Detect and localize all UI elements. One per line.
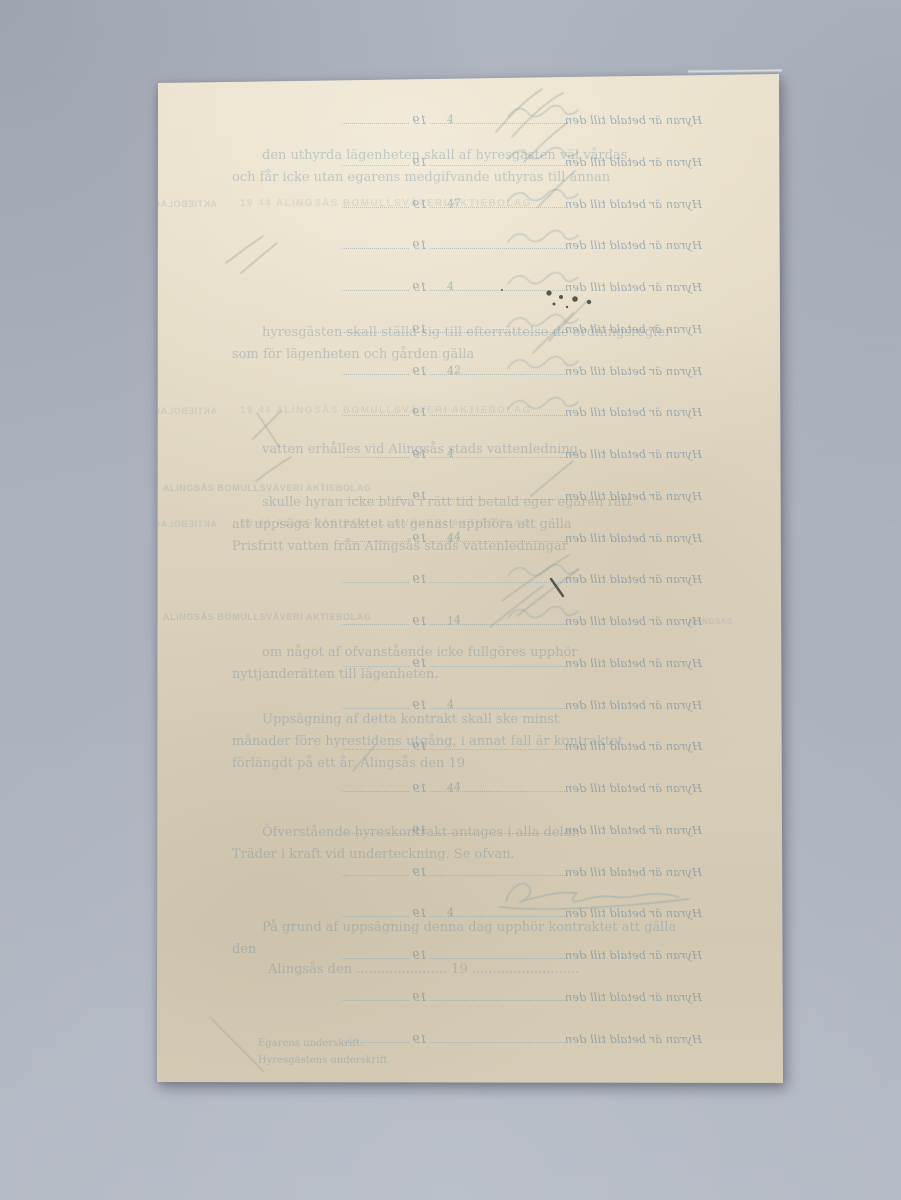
paper-shadow-wrapper: Hyran är betald till den19Hyran är betal… [0,0,901,1200]
paper-crease [212,1019,264,1072]
bleed-row-label: Hyran är betald till den [565,698,702,712]
bleed-paragraph-line: som för lägenheten och gården gälla [232,347,474,362]
bleed-paragraph-line: Uppsägning af detta kontrakt skall ske m… [262,712,559,727]
dotted-leader [342,991,409,1001]
pencil-stroke [256,457,291,481]
bleed-paragraph-line: månader före hyrestidens utgång, i annat… [232,734,623,749]
bleed-company-heading: ALINGSÅS [688,617,768,626]
bleed-paragraph-line: Öfverstående hyreskontrakt antages i all… [262,825,580,840]
bleed-row-label: Hyran är betald till den [565,906,702,920]
paper-sheet: Hyran är betald till den19Hyran är betal… [0,0,901,1200]
bleed-year-prefix: 19 [409,990,430,1004]
bleed-year-prefix: 19 [409,1032,430,1046]
bleed-year-prefix: 19 [409,698,430,712]
bleed-company-heading: 19 44 ALINGSÅS BOMULLSVÄVERI AKTIEBOLAG [240,405,560,416]
handwritten-flourish [506,884,679,902]
bleed-row: Hyran är betald till den19 [342,906,702,921]
bleed-paragraph-line: den [232,942,256,957]
dotted-leader [342,239,409,249]
pencil-stroke [226,236,263,263]
photo-of-document-back: Hyran är betald till den19Hyran är betal… [0,0,901,1200]
pencil-stroke [241,243,277,273]
paper-crease [209,1016,263,1071]
bleed-row-label: Hyran är betald till den [565,865,702,879]
bleed-row: Hyran är betald till den19 [342,238,702,253]
ink-speck [566,306,568,308]
bleed-row: Hyran är betald till den19 [342,698,702,713]
bleed-paragraph-line: Hyresgästens underskrift. [258,1055,390,1066]
bleed-row-label: Hyran är betald till den [565,781,702,795]
bleed-row-label: Hyran är betald till den [565,656,702,670]
bleed-company-heading: AKTIEBOLAG [157,519,217,529]
bleed-paragraph-line: om något af ofvanstående icke fullgöres … [262,645,578,660]
handwritten-year-digits: 42 [446,363,462,378]
bleed-year-prefix: 19 [409,614,430,628]
bleed-company-heading: AKTIEBOLAG [157,406,217,416]
handwritten-year-digits: 44 [446,780,462,795]
bleed-company-heading: AKTIEBOLAG [157,199,217,209]
dotted-leader [342,365,409,375]
bleed-row: Hyran är betald till den19 [342,364,702,379]
dotted-leader [430,991,565,1001]
bleed-paragraph-line: Prisfritt vatten från Alingsås stads vat… [232,539,568,554]
ink-speck [559,295,563,299]
dotted-leader [342,699,409,709]
bleed-row-label: Hyran är betald till den [565,280,702,294]
bleed-row-label: Hyran är betald till den [565,990,702,1004]
bleed-row: Hyran är betald till den19 [342,1032,702,1047]
ink-speck [553,303,556,306]
dotted-leader [342,907,409,917]
bleed-paragraph-line: På grund af uppsägning denna dag upphör … [262,920,676,935]
bleed-row: Hyran är betald till den19 [342,572,702,587]
bleed-company-heading: ALINGSÅS BOMULLSVÄVERI AKTIEBOLAG [163,612,345,622]
bleed-year-prefix: 19 [409,781,430,795]
bleed-row: Hyran är betald till den19 [342,614,702,629]
bleed-row: Hyran är betald till den19 [342,948,702,963]
dotted-leader [342,949,409,959]
bleed-row-label: Hyran är betald till den [565,614,702,628]
bleed-row: Hyran är betald till den19 [342,865,702,880]
dotted-leader [430,239,565,249]
handwritten-year-digits: 14 [446,613,462,628]
ink-speck [587,300,591,304]
dotted-leader [430,1033,565,1043]
bleed-paragraph-line: vatten erhålles vid Alingsås stads vatte… [262,442,578,457]
dotted-leader [430,949,565,959]
bleed-row-label: Hyran är betald till den [565,197,702,211]
bleed-row-label: Hyran är betald till den [565,823,702,837]
bleed-row-label: Hyran är betald till den [565,531,702,545]
bleed-year-prefix: 19 [409,113,430,127]
bleed-company-heading: 19 44 ALINGSÅS BOMULLSVÄVERI AKTIEBOLAG [240,198,560,209]
bleed-paragraph-line: hyresgästen skall ställa sig till efterr… [262,325,671,340]
dotted-leader [430,573,565,583]
bleed-year-prefix: 19 [409,948,430,962]
bleed-company-heading: ALINGSÅS BOMULLSVÄVERI AKTIEBOLAG [163,483,345,493]
bleed-row-label: Hyran är betald till den [565,364,702,378]
bleed-row: Hyran är betald till den19 [342,113,702,128]
dotted-leader [430,866,565,876]
bleed-paragraph-line: skulle hyran icke blifva i rätt tid beta… [262,495,632,510]
bleed-paragraph-line: nyttjanderätten till lägenheten. [232,667,439,682]
bleed-row-label: Hyran är betald till den [565,405,702,419]
dotted-leader [342,114,409,124]
bleed-row-label: Hyran är betald till den [565,1032,702,1046]
bleed-row: Hyran är betald till den19 [342,990,702,1005]
bleed-paragraph-line: och får icke utan egarens medgifvande ut… [232,170,610,185]
bleed-paragraph-line: den uthyrda lägenheten skall af hyresgäs… [262,148,627,163]
bleed-year-prefix: 19 [409,364,430,378]
ink-speck [572,296,578,302]
dotted-leader [342,281,409,291]
bleed-year-prefix: 19 [409,238,430,252]
bleed-year-prefix: 19 [409,572,430,586]
dotted-leader [342,782,409,792]
bleed-paragraph-line: Egarens underskrift. [258,1038,363,1049]
bleed-paragraph-line: Alingsås den ...................... 19 .… [268,962,579,977]
bleed-paragraph-line: att uppsäga kontraktet att genast upphör… [232,517,572,532]
bleed-row: Hyran är betald till den19 [342,280,702,295]
bleed-row: Hyran är betald till den19 [342,781,702,796]
bleed-row-label: Hyran är betald till den [565,238,702,252]
bleed-row-label: Hyran är betald till den [565,447,702,461]
bleed-row-label: Hyran är betald till den [565,948,702,962]
bleed-year-prefix: 19 [409,865,430,879]
bleed-row-label: Hyran är betald till den [565,113,702,127]
bleed-row-label: Hyran är betald till den [565,572,702,586]
bleed-year-prefix: 19 [409,280,430,294]
dotted-leader [342,573,409,583]
bleed-paragraph-line: förlängdt på ett år. Alingsås den 19 [232,756,465,771]
bleed-year-prefix: 19 [409,906,430,920]
dotted-leader [342,866,409,876]
bleed-paragraph-line: Träder i kraft vid underteckning. Se ofv… [232,847,515,862]
